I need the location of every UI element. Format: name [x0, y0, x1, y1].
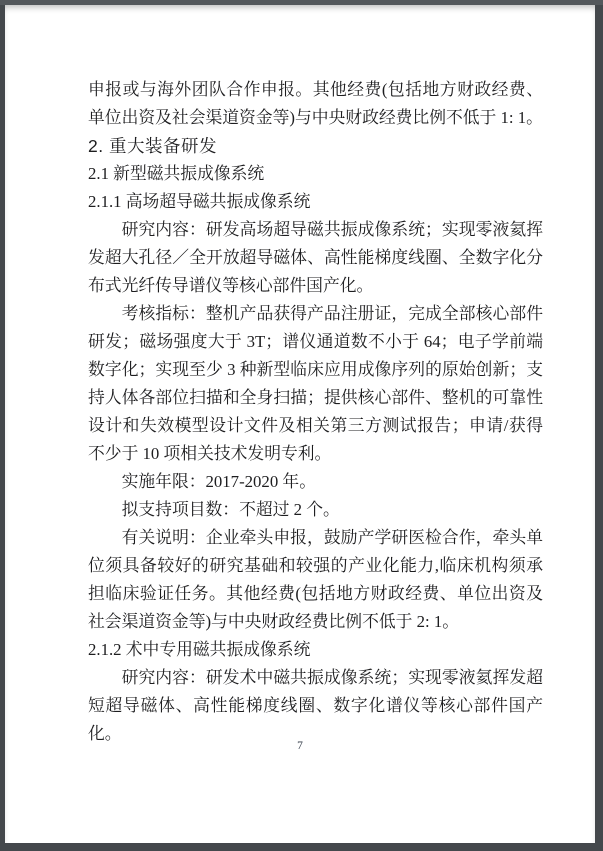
paragraph-research-content: 研究内容：研发高场超导磁共振成像系统；实现零液氦挥发超大孔径／全开放超导磁体、高…: [88, 216, 543, 300]
subsection-heading-2-1-2: 2.1.2 术中专用磁共振成像系统: [88, 636, 543, 664]
section-heading-major-equipment: 2. 重大装备研发: [88, 132, 543, 160]
page-content: 申报或与海外团队合作申报。其他经费(包括地方财政经费、单位出资及社会渠道资金等)…: [88, 76, 543, 748]
paragraph-assessment-indicators: 考核指标：整机产品获得产品注册证，完成全部核心部件研发；磁场强度大于 3T；谱仪…: [88, 300, 543, 468]
paragraph-project-count: 拟支持项目数：不超过 2 个。: [88, 496, 543, 524]
document-viewer-background: 申报或与海外团队合作申报。其他经费(包括地方财政经费、单位出资及社会渠道资金等)…: [0, 0, 603, 851]
page-number: 7: [5, 740, 595, 752]
paragraph-continuation: 申报或与海外团队合作申报。其他经费(包括地方财政经费、单位出资及社会渠道资金等)…: [88, 76, 543, 132]
paragraph-implementation-period: 实施年限：2017-2020 年。: [88, 468, 543, 496]
paragraph-research-content-2: 研究内容：研发术中磁共振成像系统；实现零液氦挥发超短超导磁体、高性能梯度线圈、数…: [88, 664, 543, 748]
document-page: 申报或与海外团队合作申报。其他经费(包括地方财政经费、单位出资及社会渠道资金等)…: [5, 5, 595, 843]
paragraph-related-notes: 有关说明：企业牵头申报，鼓励产学研医检合作，牵头单位须具备较好的研究基础和较强的…: [88, 524, 543, 636]
subsection-heading-2-1-1: 2.1.1 高场超导磁共振成像系统: [88, 188, 543, 216]
subsection-heading-2-1: 2.1 新型磁共振成像系统: [88, 160, 543, 188]
